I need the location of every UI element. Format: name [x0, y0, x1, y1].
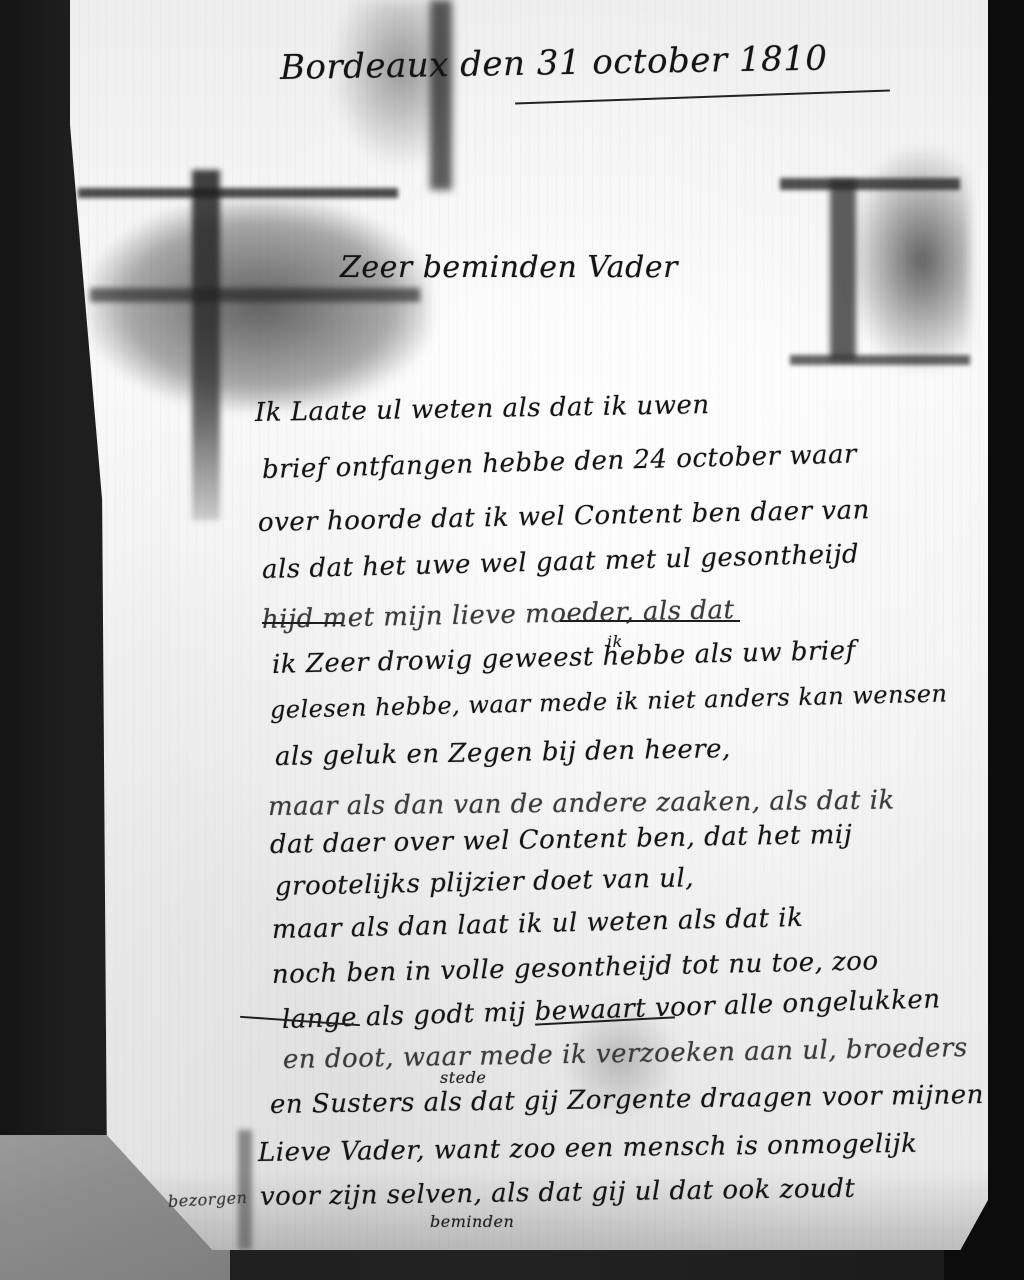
letter-salutation: Zeer beminden Vader — [340, 250, 678, 285]
strikethrough — [262, 622, 342, 624]
interlinear-insertion: stede — [440, 1068, 486, 1087]
strikethrough — [560, 620, 740, 622]
interlinear-insertion: beminden — [430, 1212, 514, 1231]
